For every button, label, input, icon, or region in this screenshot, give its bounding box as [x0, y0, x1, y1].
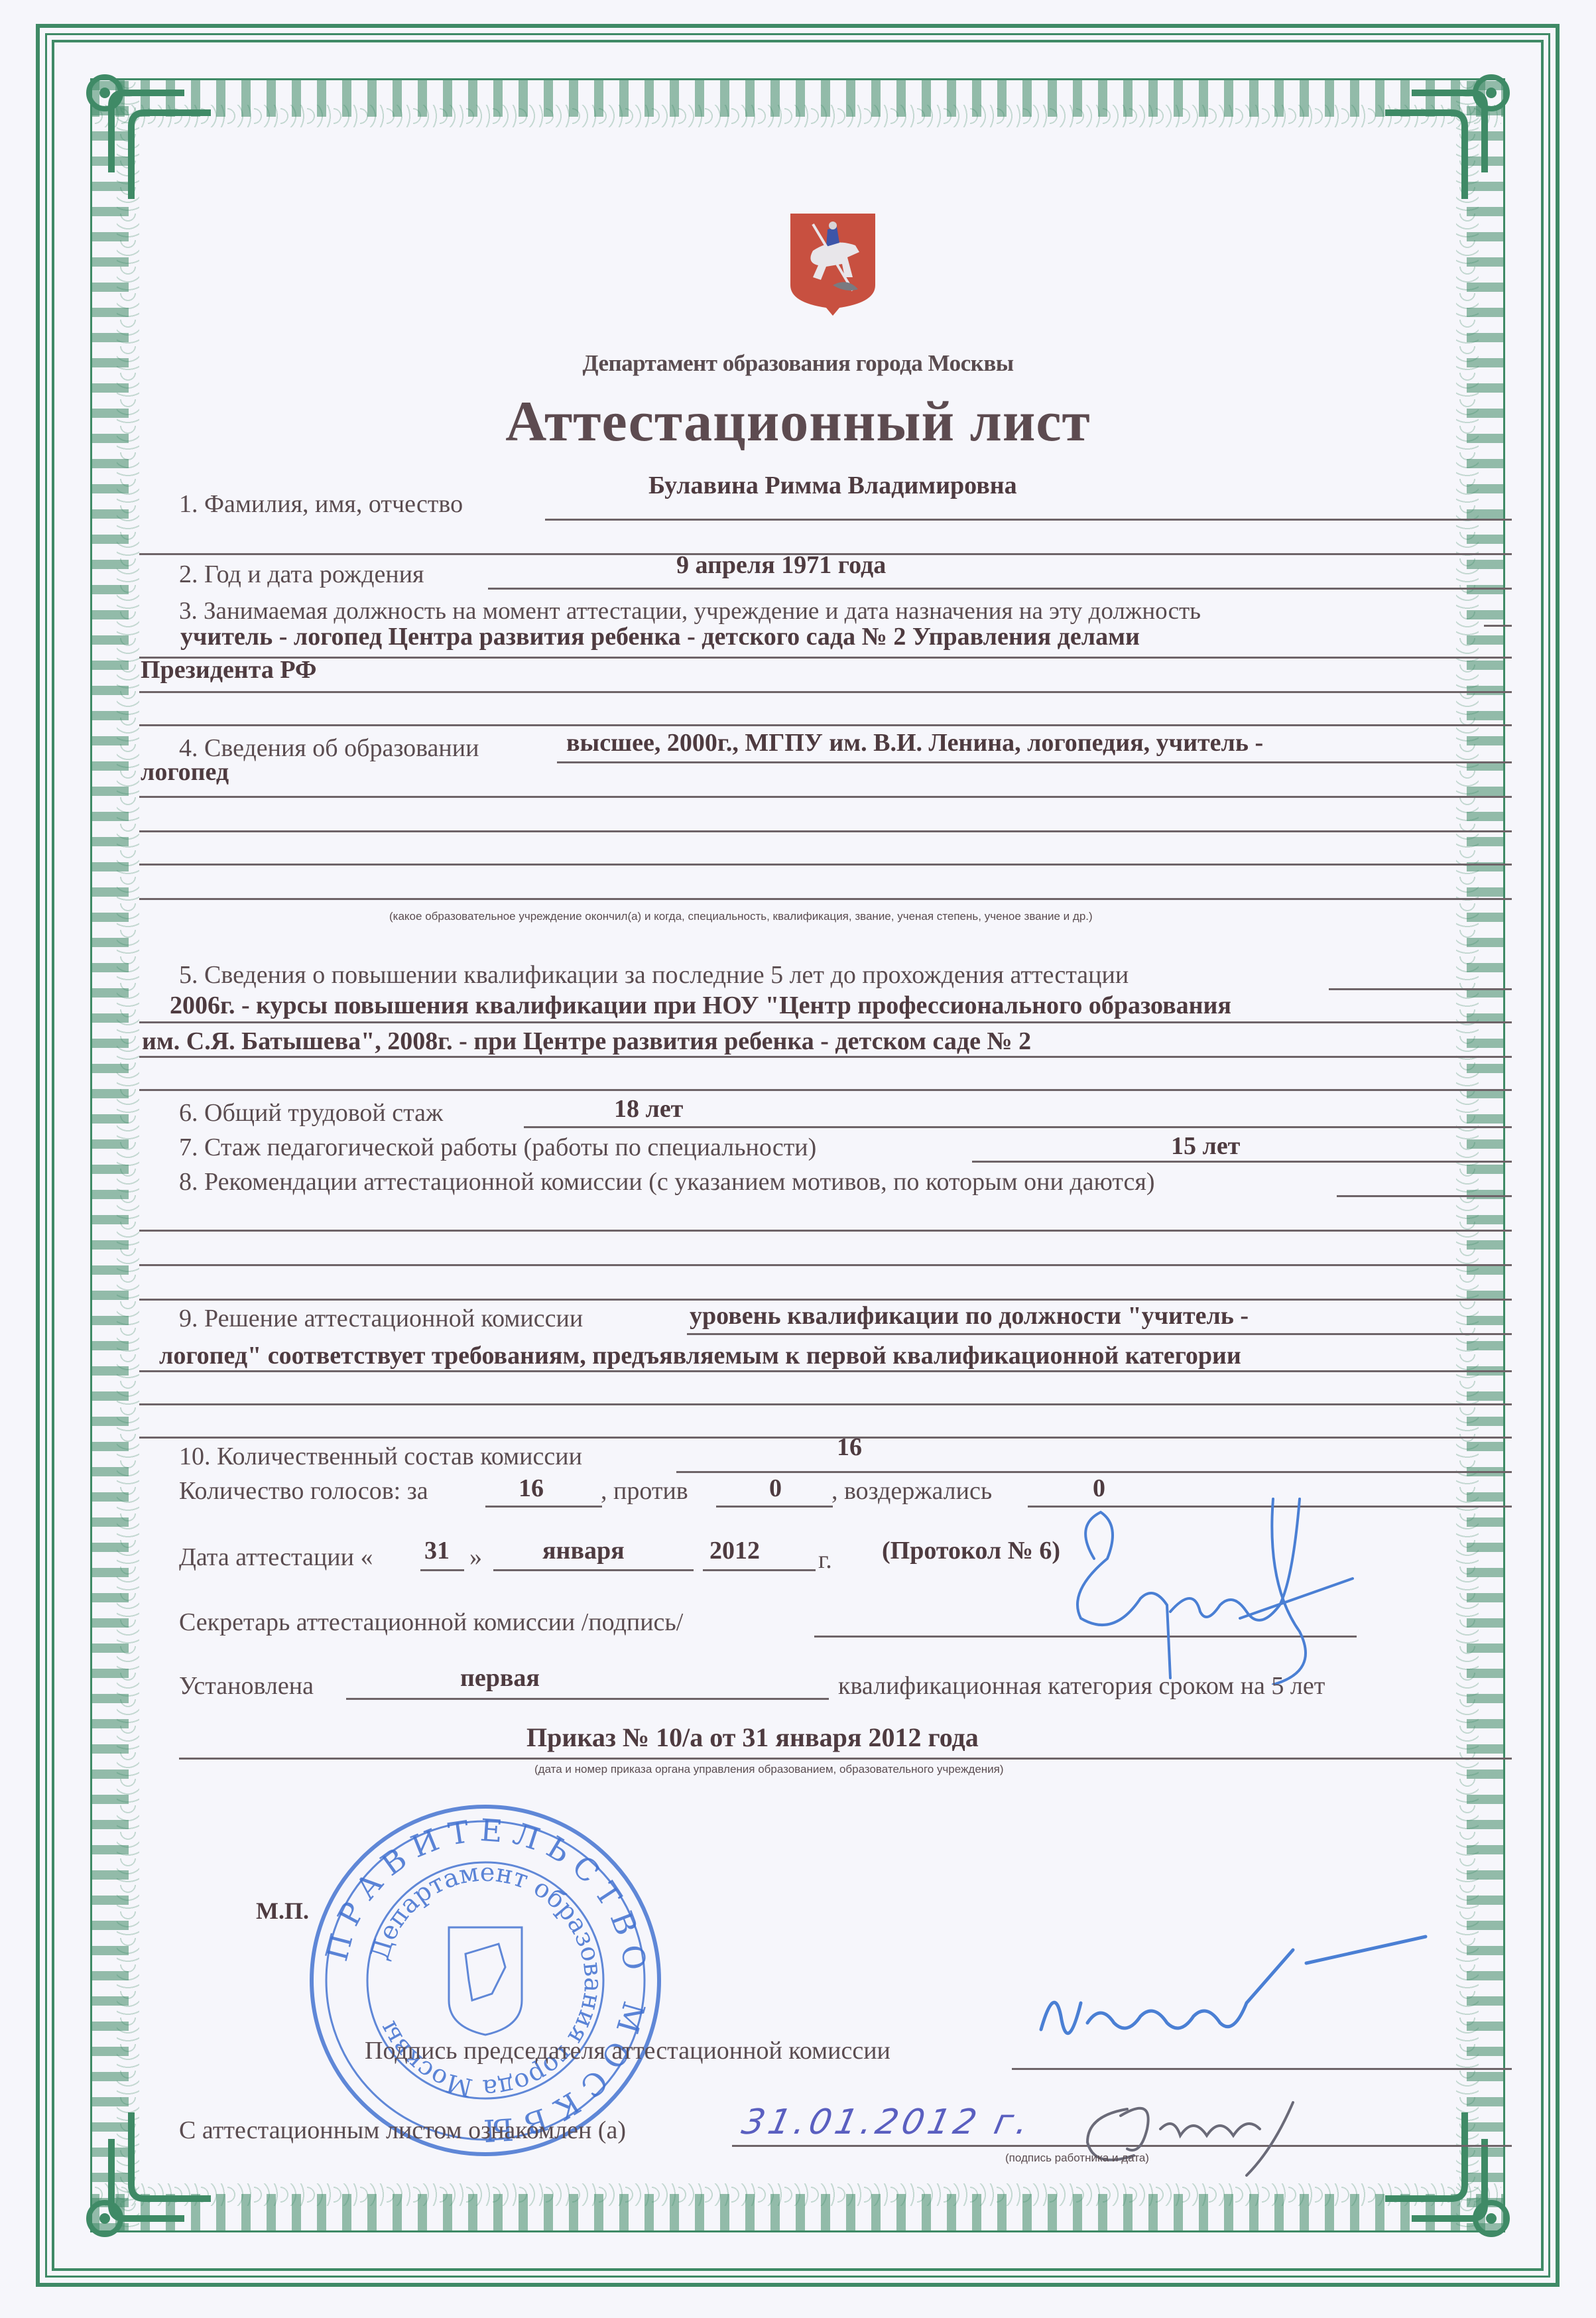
- field-5-label: 5. Сведения о повышении квалификации за …: [179, 960, 1129, 990]
- votes-against-value[interactable]: 0: [769, 1474, 782, 1503]
- attestation-date-label: Дата аттестации «: [179, 1543, 373, 1572]
- form-line: [139, 864, 1512, 866]
- acknowledged-hint: (подпись работника и дата): [1005, 2152, 1149, 2165]
- field-6-value[interactable]: 18 лет: [614, 1094, 683, 1124]
- corner-ornament-icon: [52, 40, 211, 199]
- form-line: [139, 724, 1512, 726]
- category-label: Установлена: [179, 1671, 314, 1701]
- field-1-value[interactable]: Булавина Римма Владимировна: [648, 471, 1017, 500]
- form-line: [139, 1299, 1512, 1301]
- form-line: [1337, 1195, 1512, 1197]
- field-4-line: [557, 761, 1512, 763]
- corner-ornament-icon: [1385, 40, 1544, 199]
- field-8-label: 8. Рекомендации аттестационной комиссии …: [179, 1167, 1154, 1196]
- department-name: Департамент образования города Москвы: [0, 350, 1596, 377]
- field-5-value-line2[interactable]: им. С.Я. Батышева", 2008г. - при Центре …: [142, 1027, 1031, 1056]
- field-4-value-line1[interactable]: высшее, 2000г., МГПУ им. В.И. Ленина, ло…: [566, 728, 1263, 757]
- attestation-day[interactable]: 31: [424, 1536, 450, 1565]
- category-value[interactable]: первая: [460, 1663, 540, 1693]
- acknowledged-label: С аттестационным листом ознакомлен (а): [179, 2116, 626, 2145]
- form-line: [1329, 988, 1512, 990]
- form-line: [139, 1264, 1512, 1266]
- field-6-label: 6. Общий трудовой стаж: [179, 1098, 443, 1127]
- protocol-number: (Протокол № 6): [882, 1536, 1060, 1565]
- votes-against-label: , против: [601, 1476, 688, 1506]
- attestation-year[interactable]: 2012: [709, 1536, 760, 1565]
- votes-against-line: [716, 1506, 833, 1508]
- employee-signature-icon: [1074, 2089, 1326, 2182]
- order-line: [179, 1758, 1512, 1760]
- field-4-value-line2[interactable]: логопед: [141, 757, 229, 787]
- field-7-label: 7. Стаж педагогической работы (работы по…: [179, 1133, 816, 1162]
- attestation-month[interactable]: января: [542, 1536, 625, 1565]
- form-line: [139, 830, 1512, 832]
- form-line: [139, 691, 1512, 693]
- field-9-value-line2[interactable]: логопед" соответствует требованиям, пред…: [159, 1341, 1241, 1370]
- date-year-line: [703, 1569, 816, 1571]
- official-seal-icon: ПРАВИТЕЛЬСТВО МОСКВЫ Департамент образов…: [306, 1801, 664, 2159]
- form-line: [139, 1056, 1512, 1058]
- field-5-value-line1[interactable]: 2006г. - курсы повышения квалификации пр…: [170, 991, 1231, 1020]
- field-10-label: 10. Количественный состав комиссии: [179, 1442, 582, 1471]
- acknowledged-handwritten-date: 31.01.2012 г.: [739, 2102, 1036, 2142]
- form-line: [139, 1089, 1512, 1091]
- field-9-label: 9. Решение аттестационной комиссии: [179, 1304, 583, 1333]
- date-day-line: [420, 1569, 464, 1571]
- form-line: [139, 1403, 1512, 1405]
- date-month-line: [493, 1569, 694, 1571]
- chairman-signature-icon: [1014, 1923, 1445, 2076]
- votes-for-value[interactable]: 16: [519, 1474, 544, 1503]
- field-7-value[interactable]: 15 лет: [1171, 1131, 1240, 1161]
- form-line: [139, 1230, 1512, 1232]
- votes-for-line: [485, 1506, 602, 1508]
- field-7-line: [972, 1161, 1512, 1163]
- form-line: [139, 898, 1512, 900]
- form-line: [139, 796, 1512, 798]
- field-2-label: 2. Год и дата рождения: [179, 560, 424, 589]
- field-10-line: [676, 1471, 1512, 1473]
- field-9-value-line1[interactable]: уровень квалификации по должности "учите…: [690, 1301, 1249, 1330]
- field-1-line: [545, 519, 1512, 521]
- field-2-line: [488, 588, 1512, 590]
- order-hint: (дата и номер приказа органа управления …: [534, 1763, 1004, 1776]
- field-3-label: 3. Занимаемая должность на момент аттест…: [179, 597, 1201, 625]
- moscow-coat-of-arms-icon: [786, 211, 879, 317]
- form-line: [687, 1333, 1512, 1335]
- form-line: [139, 1021, 1512, 1023]
- votes-for-label: Количество голосов: за: [179, 1476, 428, 1506]
- category-line: [346, 1698, 829, 1700]
- field-10-value[interactable]: 16: [837, 1433, 862, 1462]
- chairman-signature-label: Подпись председателя аттестационной коми…: [365, 2036, 890, 2065]
- form-line: [139, 1437, 1512, 1439]
- quote-close: »: [469, 1543, 482, 1572]
- field-1-label: 1. Фамилия, имя, отчество: [179, 489, 463, 519]
- secretary-signature-label: Секретарь аттестационной комиссии /подпи…: [179, 1608, 683, 1637]
- secretary-signature-icon: [1054, 1486, 1359, 1685]
- form-line: [139, 657, 1512, 659]
- form-line: [1484, 625, 1512, 627]
- field-2-value[interactable]: 9 апреля 1971 года: [676, 550, 886, 580]
- field-3-value-line1[interactable]: учитель - логопед Центра развития ребенк…: [180, 622, 1140, 651]
- field-3-value-line2[interactable]: Президента РФ: [141, 655, 317, 684]
- year-suffix: г.: [818, 1545, 832, 1575]
- corner-ornament-icon: [1385, 2112, 1544, 2272]
- seal-label: М.П.: [256, 1897, 309, 1925]
- order-value[interactable]: Приказ № 10/а от 31 января 2012 года: [526, 1722, 979, 1753]
- votes-abstained-label: , воздержались: [831, 1476, 992, 1506]
- document-title: Аттестационный лист: [0, 388, 1596, 454]
- form-line: [139, 1370, 1512, 1372]
- field-6-line: [524, 1126, 1512, 1128]
- svg-text:Департамент образования города: Департамент образования города Москвы: [365, 1858, 608, 2103]
- category-suffix: квалификационная категория сроком на 5 л…: [838, 1671, 1325, 1701]
- field-4-hint: (какое образовательное учреждение окончи…: [389, 910, 1093, 923]
